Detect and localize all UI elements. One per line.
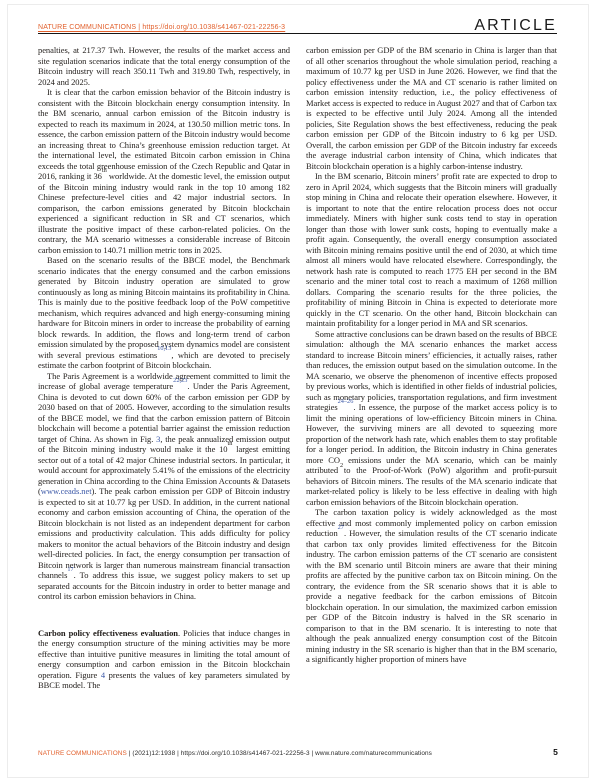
text-segment: worldwide. At the domestic level, the em…	[38, 171, 290, 255]
paragraph: Some attractive conclusions can be drawn…	[306, 329, 557, 508]
footer-meta: | (2021)12:1938 | https://doi.org/10.103…	[127, 750, 432, 757]
citation-ref[interactable]: 10,13	[157, 345, 171, 352]
text-segment: penalties, at 217.37 Twh. However, the r…	[38, 45, 290, 87]
paragraph: It is clear that the carbon emission beh…	[38, 87, 290, 255]
page-number: 5	[553, 747, 558, 757]
citation-ref[interactable]: 22,23	[173, 377, 187, 384]
column-left: penalties, at 217.37 Twh. However, the r…	[38, 45, 290, 691]
paragraph: Based on the scenario results of the BBC…	[38, 255, 290, 371]
citation-ref[interactable]: 17	[67, 566, 73, 573]
footer-citation-line: NATURE COMMUNICATIONS | (2021)12:1938 | …	[38, 750, 432, 757]
paragraph: Carbon policy effectiveness evaluation. …	[38, 628, 290, 691]
paragraph: penalties, at 217.37 Twh. However, the r…	[38, 45, 290, 87]
article-type-label: ARTICLE	[474, 18, 557, 34]
text-segment: carbon emission per GDP of the BM scenar…	[306, 45, 557, 171]
header: NATURE COMMUNICATIONS | https://doi.org/…	[38, 10, 557, 34]
citation-ref[interactable]: 27	[338, 524, 344, 531]
footer-journal-link[interactable]: NATURE COMMUNICATIONS	[38, 750, 127, 757]
text-segment: In the BM scenario, Bitcoin miners’ prof…	[306, 171, 557, 328]
paragraph: carbon emission per GDP of the BM scenar…	[306, 45, 557, 171]
header-rule	[38, 33, 557, 34]
inline-link[interactable]: www.ceads.net	[41, 486, 92, 496]
paragraph: The carbon taxation policy is widely ack…	[306, 507, 557, 665]
paragraph: In the BM scenario, Bitcoin miners’ prof…	[306, 171, 557, 329]
footer: NATURE COMMUNICATIONS | (2021)12:1938 | …	[38, 747, 558, 757]
column-right: carbon emission per GDP of the BM scenar…	[306, 45, 557, 665]
text-segment: Based on the scenario results of the BBC…	[38, 255, 290, 360]
page: NATURE COMMUNICATIONS | https://doi.org/…	[0, 0, 595, 782]
citation-ref[interactable]: 24–26	[338, 398, 354, 405]
text-segment: emissions under the MA scenario, which c…	[306, 455, 557, 507]
text-segment: It is clear that the carbon emission beh…	[38, 87, 290, 181]
text-segment: 2	[340, 462, 343, 469]
text-segment: th	[102, 167, 107, 174]
text-segment: . To address this issue, we suggest poli…	[38, 570, 290, 601]
text-segment: . However, the simulation results of the…	[306, 528, 557, 664]
text-segment: th	[227, 440, 232, 447]
paragraph: The Paris Agreement is a worldwide agree…	[38, 371, 290, 602]
text-segment: ). The peak carbon emission per GDP of B…	[38, 486, 290, 580]
section-heading: Carbon policy effectiveness evaluation	[38, 628, 178, 638]
